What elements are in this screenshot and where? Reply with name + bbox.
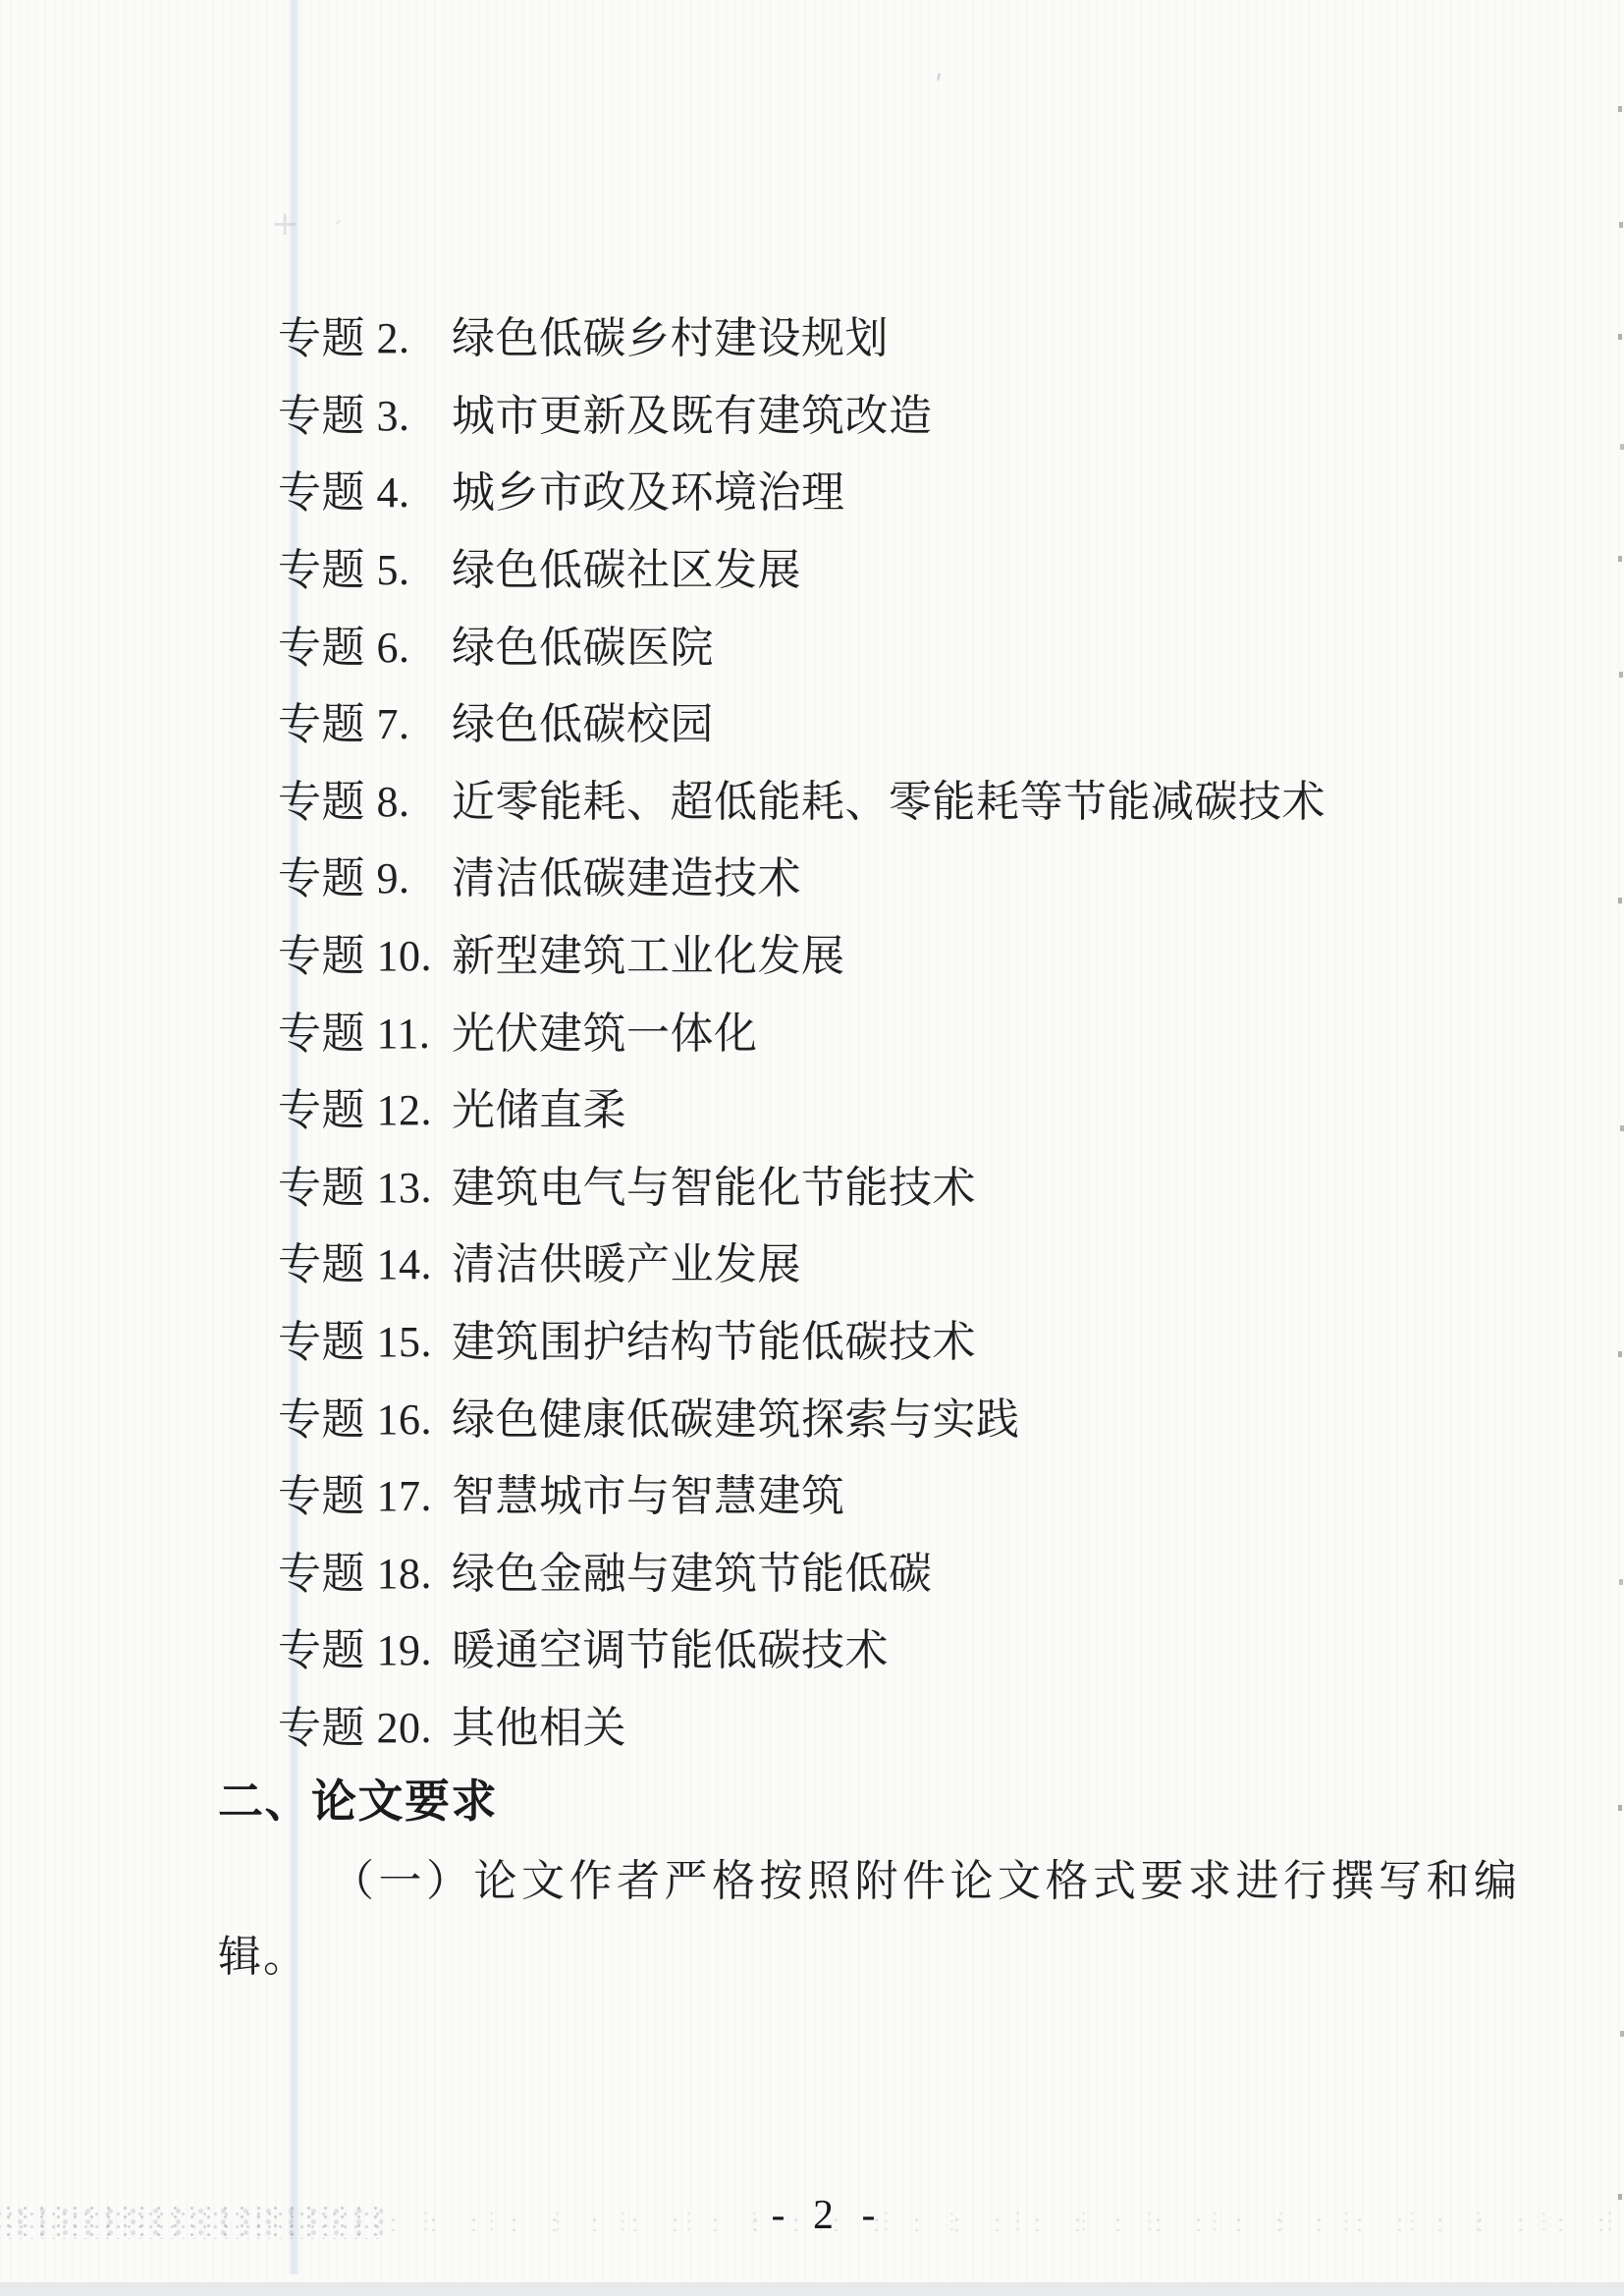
page-number: - 2 -	[772, 2192, 885, 2239]
topic-number: 专题 9.	[278, 857, 452, 901]
scan-noise-band	[0, 2204, 383, 2239]
topic-number: 专题 10.	[278, 935, 452, 978]
topic-number: 专题 17.	[278, 1475, 452, 1518]
topic-row: 专题 3. 城市更新及既有建筑改造	[278, 378, 1495, 456]
topic-title: 城乡市政及环境治理	[452, 471, 845, 515]
topic-row: 专题 11. 光伏建筑一体化	[278, 995, 1495, 1072]
topic-title: 清洁低碳建造技术	[452, 857, 801, 901]
topic-title: 建筑电气与智能化节能技术	[452, 1167, 976, 1210]
topic-number: 专题 20.	[278, 1707, 452, 1750]
topic-number: 专题 3.	[278, 395, 452, 438]
topic-title: 绿色低碳医院	[452, 627, 714, 670]
topic-number: 专题 13.	[278, 1167, 452, 1210]
topic-row: 专题 15. 建筑围护结构节能低碳技术	[278, 1304, 1495, 1382]
topic-title: 城市更新及既有建筑改造	[452, 395, 933, 438]
topic-row: 专题 12. 光储直柔	[278, 1072, 1495, 1150]
topic-row: 专题 6. 绿色低碳医院	[278, 609, 1495, 686]
topic-title: 光储直柔	[452, 1089, 626, 1132]
topic-title: 其他相关	[452, 1707, 626, 1750]
topic-number: 专题 15.	[278, 1321, 452, 1364]
topic-row: 专题 8. 近零能耗、超低能耗、零能耗等节能减碳技术	[278, 764, 1495, 842]
topic-title: 光伏建筑一体化	[452, 1012, 758, 1056]
scan-smudge: ˊ	[325, 215, 346, 249]
topic-number: 专题 16.	[278, 1398, 452, 1442]
topic-number: 专题 6.	[278, 627, 452, 670]
topic-title: 绿色低碳乡村建设规划	[452, 317, 889, 360]
topic-number: 专题 11.	[278, 1012, 452, 1056]
scan-bottom-edge	[0, 2282, 1624, 2296]
topic-list: 专题 2. 绿色低碳乡村建设规划 专题 3. 城市更新及既有建筑改造 专题 4.…	[278, 301, 1495, 1767]
scan-noise-band-light	[373, 2212, 1624, 2231]
paragraph-line-2: 辑。	[218, 1924, 308, 1981]
topic-number: 专题 8.	[278, 781, 452, 824]
topic-number: 专题 2.	[278, 317, 452, 360]
topic-title: 近零能耗、超低能耗、零能耗等节能减碳技术	[452, 781, 1326, 824]
topic-number: 专题 12.	[278, 1089, 452, 1132]
topic-row: 专题 17. 智慧城市与智慧建筑	[278, 1458, 1495, 1536]
topic-row: 专题 4. 城乡市政及环境治理	[278, 455, 1495, 532]
topic-row: 专题 13. 建筑电气与智能化节能技术	[278, 1150, 1495, 1228]
topic-title: 智慧城市与智慧建筑	[452, 1475, 845, 1518]
topic-number: 专题 14.	[278, 1243, 452, 1286]
topic-title: 绿色低碳社区发展	[452, 549, 801, 592]
topic-title: 暖通空调节能低碳技术	[452, 1629, 889, 1672]
scanned-document-page: + ˊ ʹ 专题 2. 绿色低碳乡村建设规划 专题 3. 城市更新及既有建筑改造…	[0, 0, 1624, 2296]
scan-smudge: +	[271, 204, 299, 244]
topic-number: 专题 5.	[278, 549, 452, 592]
scan-edge-specks	[1618, 106, 1622, 112]
paragraph-line-1: （一）论文作者严格按照附件论文格式要求进行撰写和编	[331, 1848, 1522, 1905]
topic-row: 专题 18. 绿色金融与建筑节能低碳	[278, 1536, 1495, 1613]
topic-row: 专题 7. 绿色低碳校园	[278, 686, 1495, 764]
section-heading: 二、论文要求	[218, 1770, 498, 1827]
topic-number: 专题 18.	[278, 1553, 452, 1596]
topic-title: 建筑围护结构节能低碳技术	[452, 1321, 976, 1364]
topic-number: 专题 7.	[278, 703, 452, 746]
topic-title: 绿色金融与建筑节能低碳	[452, 1553, 933, 1596]
topic-row: 专题 5. 绿色低碳社区发展	[278, 532, 1495, 610]
topic-row: 专题 10. 新型建筑工业化发展	[278, 918, 1495, 996]
topic-row: 专题 9. 清洁低碳建造技术	[278, 841, 1495, 918]
topic-title: 绿色健康低碳建筑探索与实践	[452, 1398, 1020, 1442]
topic-title: 清洁供暖产业发展	[452, 1243, 801, 1286]
topic-row: 专题 20. 其他相关	[278, 1690, 1495, 1768]
topic-number: 专题 4.	[278, 471, 452, 515]
topic-row: 专题 16. 绿色健康低碳建筑探索与实践	[278, 1381, 1495, 1458]
topic-title: 新型建筑工业化发展	[452, 935, 845, 978]
scan-smudge: ʹ	[935, 71, 943, 105]
topic-row: 专题 14. 清洁供暖产业发展	[278, 1227, 1495, 1304]
topic-title: 绿色低碳校园	[452, 703, 714, 746]
topic-row: 专题 19. 暖通空调节能低碳技术	[278, 1613, 1495, 1690]
topic-number: 专题 19.	[278, 1629, 452, 1672]
topic-row: 专题 2. 绿色低碳乡村建设规划	[278, 301, 1495, 378]
